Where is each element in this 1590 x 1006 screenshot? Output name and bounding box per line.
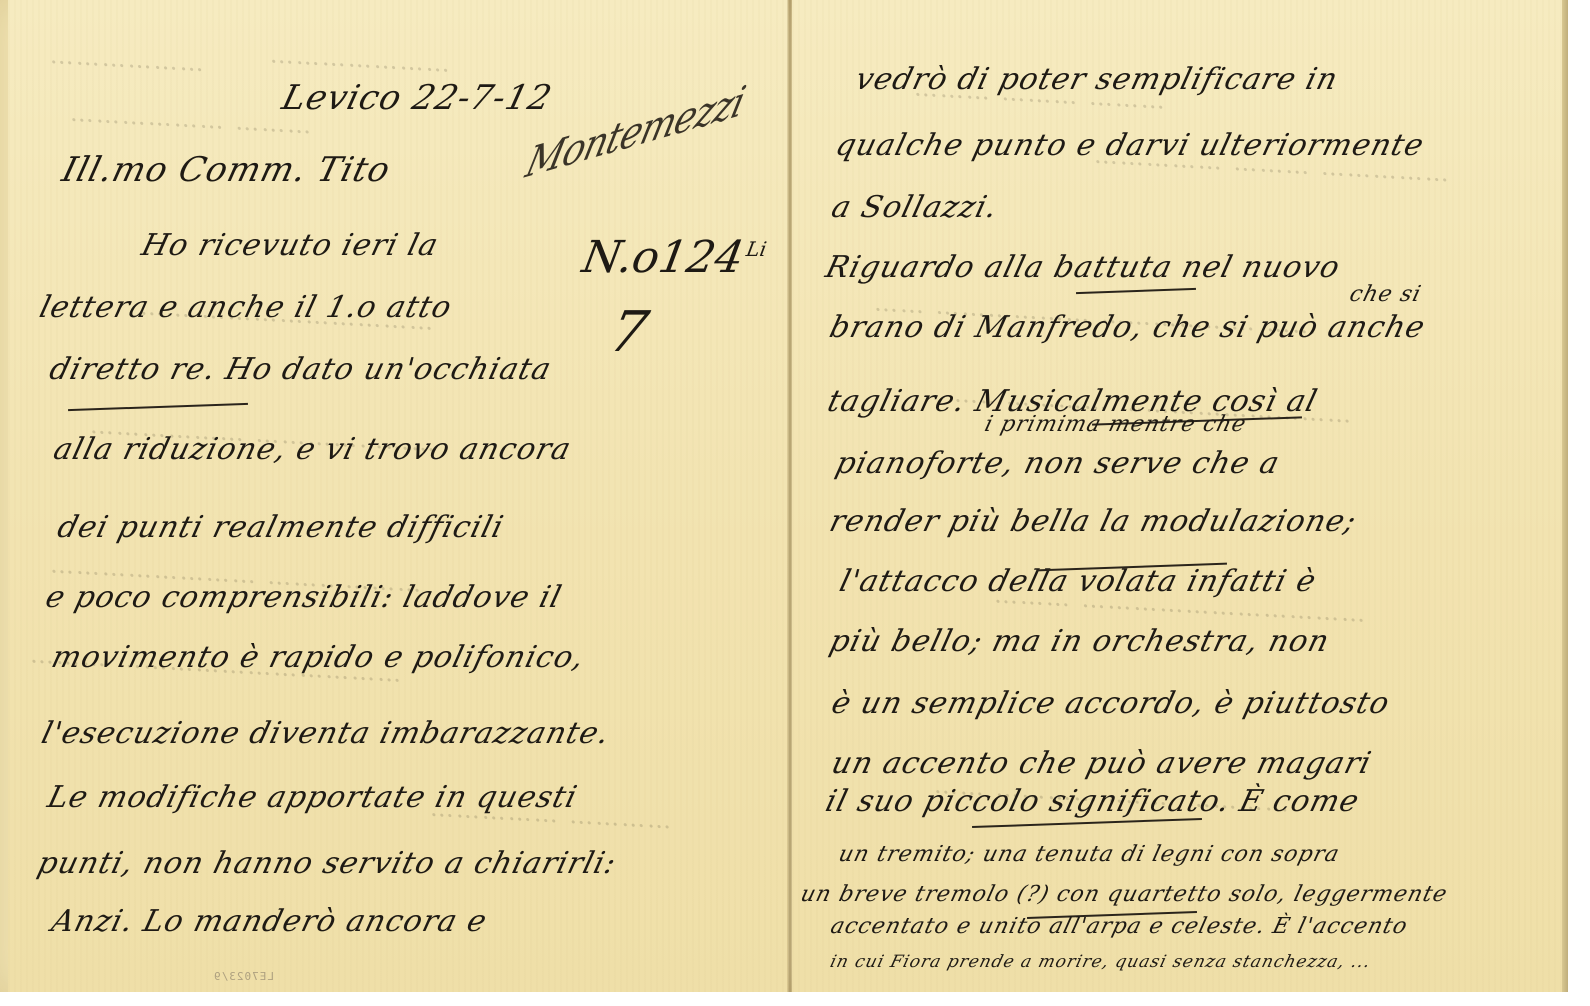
- letter-line: in cui Fiora prende a morire, quasi senz…: [828, 952, 1373, 972]
- letter-line: qualche punto e darvi ulteriormente: [832, 128, 1428, 163]
- letter-line: Le modifiche apportate in questi: [44, 780, 581, 815]
- letter-line: lettera e anche il 1.o atto: [36, 290, 456, 325]
- right-page: ……… ……… ……… …………… ……… …………… …… ……………… ………: [792, 0, 1562, 992]
- bleed-through-text: ……… ………………: [67, 99, 312, 140]
- letter-line: pianoforte, non serve che a: [832, 446, 1283, 481]
- interlinear-note: che si: [1347, 282, 1424, 307]
- letter-line: vedrò di poter semplificare in: [852, 62, 1342, 97]
- letter-line: render più bella la modulazione;: [826, 504, 1360, 539]
- archive-code: LE7023/9: [213, 970, 274, 983]
- registry-label: N.o: [579, 232, 664, 283]
- letter-line: più bello; ma in orchestra, non: [826, 624, 1333, 659]
- letter-line: a Sollazzi.: [828, 190, 1002, 225]
- letter-line: brano di Manfredo, che si può anche: [826, 310, 1429, 345]
- letter-line: diretto re. Ho dato un'occhiata: [46, 352, 555, 387]
- place-date: Levico 22-7-12: [278, 78, 556, 118]
- letter-line: punti, non hanno servito a chiarirli:: [34, 846, 620, 881]
- bleed-through-text: ………………: [47, 41, 204, 77]
- registry-suffix: Li: [744, 237, 768, 261]
- letter-line: Anzi. Lo manderò ancora e: [48, 904, 491, 939]
- underline-stroke: [1076, 288, 1196, 294]
- letter-line: un breve tremolo (?) con quartetto solo,…: [798, 882, 1450, 907]
- letter-line: un tremito; una tenuta di legni con sopr…: [836, 842, 1342, 867]
- salutation: Ill.mo Comm. Tito: [58, 150, 395, 190]
- letter-line: è un semplice accordo, è piuttosto: [828, 686, 1394, 721]
- letter-line: un accento che può avere magari: [828, 746, 1375, 781]
- letter-line: Riguardo alla battuta nel nuovo: [822, 250, 1344, 285]
- letter-line: movimento è rapido e polifonico,: [48, 640, 588, 675]
- letter-line: il suo piccolo significato. È come: [822, 784, 1363, 819]
- letter-line: l'esecuzione diventa imbarazzante.: [38, 716, 613, 751]
- interlinear-note: i primi: [982, 412, 1069, 437]
- letter-line: accentato e unito all'arpa e celeste. È …: [828, 914, 1410, 939]
- letter-line: alla riduzione, e vi trovo ancora: [50, 432, 575, 467]
- paper-edge: [1562, 0, 1568, 992]
- letter-line: dei punti realmente difficili: [54, 510, 507, 545]
- underline-stroke: [68, 403, 248, 411]
- letter-scan: ……………… ………………… ……… ……………… ……………………… …… ……: [0, 0, 1568, 992]
- letter-line: e poco comprensibili: laddove il: [42, 580, 566, 615]
- registry-sub-number: 7: [604, 300, 653, 365]
- underline-stroke: [972, 818, 1202, 828]
- letter-line: Ho ricevuto ieri la: [138, 228, 442, 263]
- interlinear-note: ma mentre che: [1062, 412, 1249, 437]
- left-page: ……………… ………………… ……… ……………… ……………………… …… ……: [8, 0, 788, 992]
- registry-number-value: 124: [655, 232, 748, 283]
- signature-stamp: Montemezzi: [521, 76, 749, 187]
- bleed-through-text: …………………: [267, 40, 450, 77]
- registry-number: N.o124Li: [579, 232, 770, 283]
